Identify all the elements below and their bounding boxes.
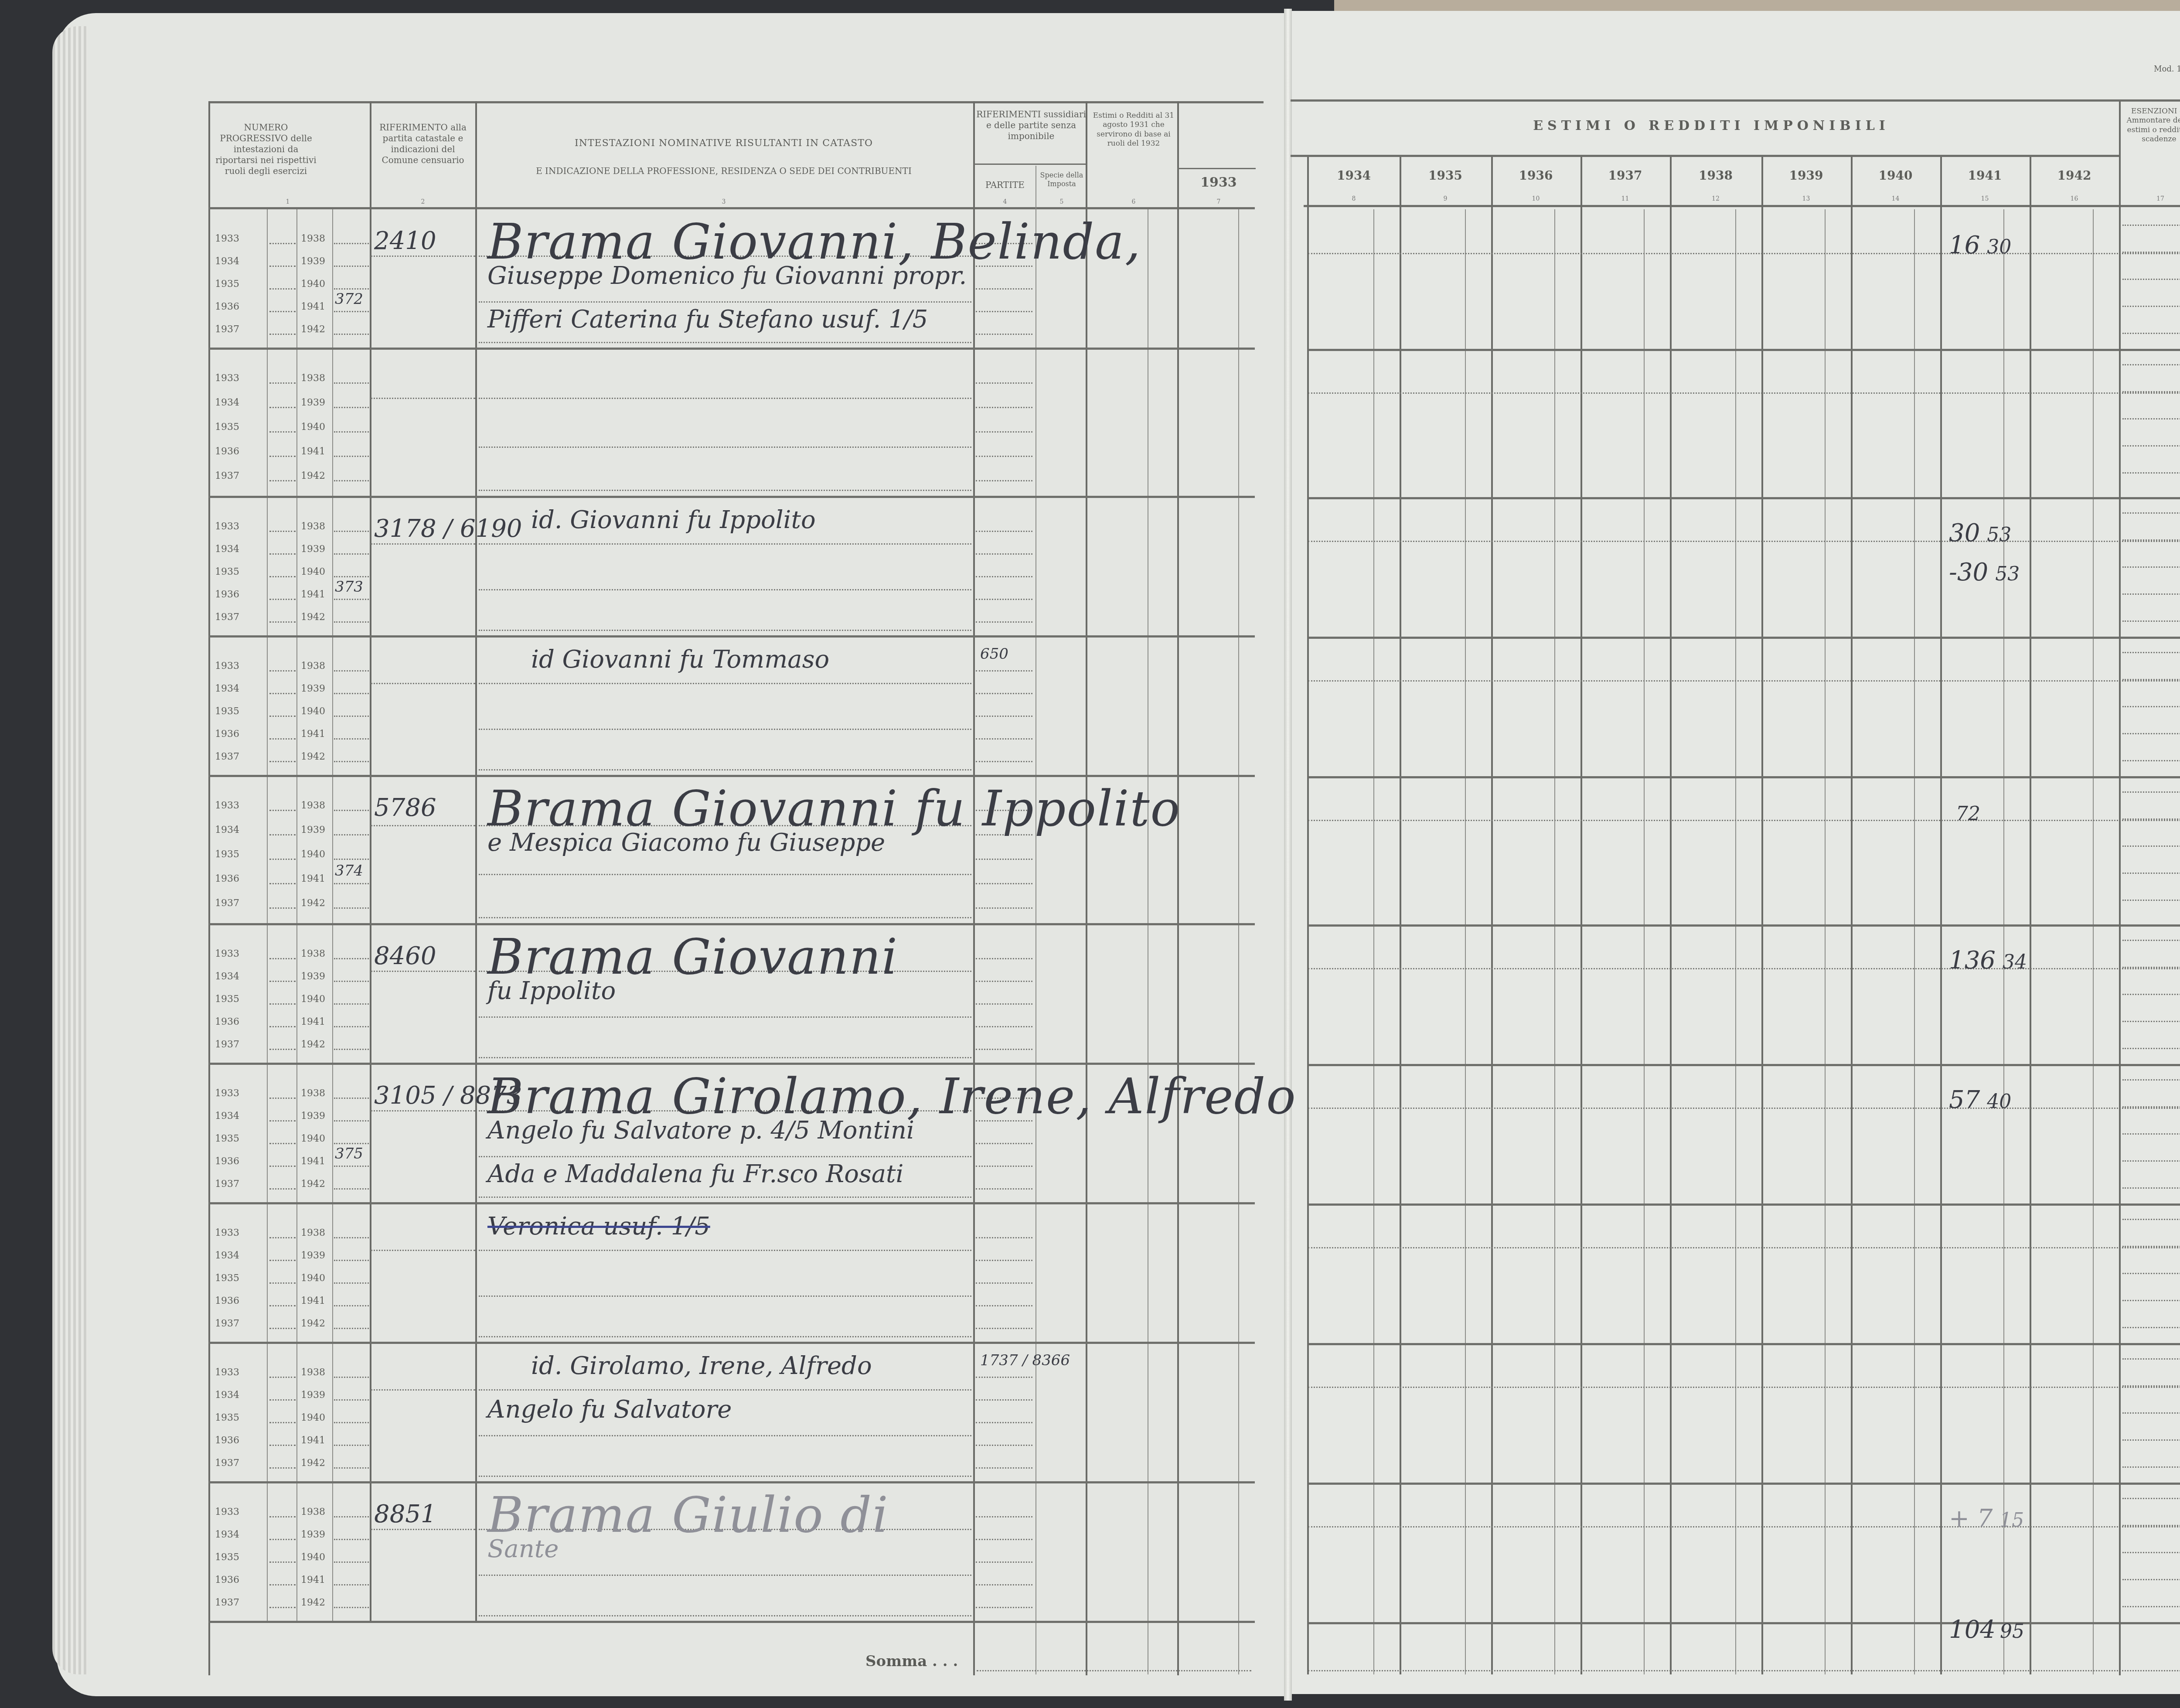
col-number-6: 6 (1129, 198, 1138, 205)
somma-label: Somma . . . (865, 1653, 958, 1670)
book-gutter (1284, 9, 1292, 1701)
year-column-header: 1941 (1940, 168, 2030, 183)
year-label: 1940 (301, 849, 325, 860)
sussidiari-number: 1737 / 8366 (980, 1352, 1070, 1369)
intestazione-line: fu Ippolito (487, 977, 616, 1005)
year-label: 1935 (215, 706, 239, 717)
year-column-header: 1936 (1491, 168, 1580, 183)
year-column-header: 1937 (1580, 168, 1670, 183)
year-label: 1939 (301, 544, 325, 555)
year-label: 1936 (215, 1575, 239, 1585)
year-label: 1938 (301, 1507, 325, 1517)
year-label: 1935 (215, 422, 239, 433)
year-label: 1936 (215, 1156, 239, 1167)
year-label: 1935 (215, 566, 239, 577)
year-label: 1933 (215, 1227, 239, 1238)
partita-number: 5786 (374, 794, 436, 822)
intestazione-line: id. Girolamo, Irene, Alfredo (531, 1352, 872, 1380)
year-label: 1941 (301, 446, 325, 457)
year-label: 1938 (301, 1227, 325, 1238)
left-page-edges (52, 26, 87, 1674)
year-label: 1933 (215, 1088, 239, 1099)
year-label: 1938 (301, 521, 325, 532)
year-label: 1940 (301, 279, 325, 290)
year-label: 1940 (301, 422, 325, 433)
year-label: 1937 (215, 1458, 239, 1469)
register-entry: 1933193819341939193519401936194119371942… (208, 1343, 1255, 1483)
col-number-5: 5 (1057, 198, 1066, 205)
value-1941: 13634 (1949, 946, 2027, 975)
year-label: 1937 (215, 1597, 239, 1608)
year-label: 1933 (215, 521, 239, 532)
value-lire: 30 (1949, 519, 1980, 547)
header-riferimento: RIFERIMENTO alla partita catastale e ind… (375, 122, 471, 166)
year-label: 1937 (215, 612, 239, 623)
year-column-number: 14 (1851, 195, 1940, 202)
value-lire: -30 (1949, 558, 1988, 586)
intestazione-line: Pifferi Caterina fu Stefano usuf. 1/5 (487, 305, 928, 334)
year-label: 1934 (215, 544, 239, 555)
year-label: 1933 (215, 1367, 239, 1378)
year-label: 1942 (301, 898, 325, 909)
year-label: 1934 (215, 397, 239, 408)
register-entry: 1933193819341939193519401936194119371942… (208, 924, 1255, 1064)
partita-number: 8851 (374, 1500, 436, 1528)
year-column-header: 1935 (1400, 168, 1491, 183)
somma-cents: 95 (2000, 1620, 2024, 1643)
col-number-7: 7 (1214, 198, 1223, 205)
value-1941: 3053 (1949, 519, 2011, 547)
year-label: 1937 (215, 1039, 239, 1050)
year-label: 1935 (215, 1273, 239, 1284)
year-column-number: 13 (1761, 195, 1851, 202)
year-label: 1934 (215, 1250, 239, 1261)
intestazione-line: Ada e Maddalena fu Fr.sco Rosati (487, 1160, 903, 1188)
partita-number: 8460 (374, 942, 436, 970)
year-label: 1935 (215, 1133, 239, 1144)
year-label: 1938 (301, 373, 325, 384)
year-column-header: 1940 (1851, 168, 1940, 183)
value-cents: 72 (1956, 803, 1980, 825)
spine-cloth (1334, 0, 2180, 12)
header-numero-progressivo: NUMERO PROGRESSIVO delle intestazioni da… (214, 122, 318, 177)
year-label: 1941 (301, 1016, 325, 1027)
year-label: 1934 (215, 1529, 239, 1540)
register-entry: 1933193819341939193519401936194119371942… (208, 497, 1255, 637)
year-label: 1940 (301, 1552, 325, 1563)
year-label: 1937 (215, 1179, 239, 1190)
year-label: 1940 (301, 1412, 325, 1423)
year-label: 1936 (215, 873, 239, 884)
year-label: 1942 (301, 612, 325, 623)
year-label: 1933 (215, 661, 239, 672)
year-label: 1937 (215, 751, 239, 762)
year-label: 1941 (301, 1575, 325, 1585)
year-label: 1940 (301, 1273, 325, 1284)
year-label: 1935 (215, 1552, 239, 1563)
register-entry: 1933193819341939193519401936194119371942… (208, 776, 1255, 924)
value-cents: 53 (1995, 563, 2020, 585)
year-label: 1938 (301, 1088, 325, 1099)
year-label: 1933 (215, 948, 239, 959)
year-label: 1939 (301, 1529, 325, 1540)
year-column-number: 8 (1308, 195, 1400, 202)
year-label: 1935 (215, 849, 239, 860)
year-label: 1935 (215, 994, 239, 1005)
year-label: 1940 (301, 1133, 325, 1144)
form-header: Mod. 111 - Imposte Dirette (Intercalare)… (2154, 65, 2180, 74)
year-label: 1941 (301, 1156, 325, 1167)
year-label: 1939 (301, 256, 325, 267)
year-label: 1936 (215, 301, 239, 312)
year-column-number: 12 (1670, 195, 1761, 202)
entry-note-number: 373 (335, 578, 363, 596)
register-entry: 1933193819341939193519401936194119371942… (208, 209, 1255, 349)
year-label: 1940 (301, 994, 325, 1005)
year-label: 1942 (301, 1179, 325, 1190)
year-label: 1938 (301, 661, 325, 672)
year-column-header: 1938 (1670, 168, 1761, 183)
year-label: 1939 (301, 971, 325, 982)
year-label: 1938 (301, 1367, 325, 1378)
year-label: 1937 (215, 324, 239, 335)
header-estimi-1931: Estimi o Redditi al 31 agosto 1931 che s… (1090, 111, 1177, 148)
year-label: 1938 (301, 948, 325, 959)
year-label: 1936 (215, 589, 239, 600)
value-1941: + 715 (1949, 1504, 2024, 1533)
year-label: 1941 (301, 729, 325, 740)
year-label: 1935 (215, 1412, 239, 1423)
year-label: 1942 (301, 751, 325, 762)
col-number-2: 2 (419, 198, 427, 205)
somma-lire: 104 (1949, 1616, 1996, 1644)
year-column-number: 10 (1491, 195, 1580, 202)
year-label: 1934 (215, 825, 239, 835)
year-label: 1940 (301, 706, 325, 717)
year-label: 1934 (215, 256, 239, 267)
year-label: 1934 (215, 1111, 239, 1122)
year-column-number: 15 (1940, 195, 2030, 202)
year-label: 1937 (215, 898, 239, 909)
year-label: 1939 (301, 1250, 325, 1261)
year-label: 1942 (301, 1039, 325, 1050)
header-esenzioni: ESENZIONI — Ammontare degli estimi o red… (2120, 107, 2180, 144)
intestazione-line: Sante (487, 1535, 559, 1563)
estimi-title: ESTIMI O REDDITI IMPONIBILI (1308, 118, 2115, 134)
partita-number: 2410 (374, 227, 436, 255)
year-label: 1940 (301, 566, 325, 577)
year-column-header: 1942 (2030, 168, 2119, 183)
year-column-header: 1934 (1308, 168, 1400, 183)
year-label: 1934 (215, 971, 239, 982)
value-1941: 72 (1949, 798, 1980, 826)
register-entry: 1933193819341939193519401936194119371942… (208, 1483, 1255, 1622)
year-label: 1941 (301, 301, 325, 312)
year-column-number: 9 (1400, 195, 1491, 202)
col-number-17: 17 (2154, 195, 2167, 202)
intestazione-line: id Giovanni fu Tommaso (531, 645, 829, 674)
value-lire: 57 (1949, 1086, 1980, 1114)
col-number-3: 3 (719, 198, 728, 205)
intestazione-line: e Mespica Giacomo fu Giuseppe (487, 828, 885, 857)
value-1941: -3053 (1949, 558, 2020, 586)
year-label: 1933 (215, 1507, 239, 1517)
year-column-header: 1939 (1761, 168, 1851, 183)
entry-note-number: 374 (335, 862, 363, 880)
register-entry: 1933193819341939193519401936194119371942… (208, 1064, 1255, 1203)
intestazione-line: id. Giovanni fu Ippolito (531, 506, 816, 534)
header-intestazioni-title: INTESTAZIONI NOMINATIVE RISULTANTI IN CA… (480, 137, 968, 150)
year-label: 1942 (301, 1458, 325, 1469)
year-label: 1933 (215, 233, 239, 244)
year-label: 1939 (301, 1390, 325, 1401)
value-cents: 34 (2003, 951, 2027, 973)
year-label: 1937 (215, 470, 239, 481)
register-entry: 1933193819341939193519401936194119371942 (208, 349, 1255, 497)
sussidiari-number: 650 (980, 645, 1008, 663)
intestazione-line: Angelo fu Salvatore (487, 1395, 732, 1424)
value-lire: 16 (1949, 231, 1980, 259)
value-cents: 40 (1987, 1091, 2011, 1113)
partita-number: 3178 / 6190 (374, 515, 522, 543)
year-label: 1936 (215, 1295, 239, 1306)
value-cents: 30 (1987, 236, 2011, 258)
year-label: 1933 (215, 373, 239, 384)
year-label: 1941 (301, 873, 325, 884)
year-label: 1941 (301, 589, 325, 600)
year-label: 1937 (215, 1318, 239, 1329)
year-label: 1934 (215, 1390, 239, 1401)
header-specie-imposta: Specie della Imposta (1038, 171, 1086, 188)
year-label: 1938 (301, 800, 325, 811)
col-number-1: 1 (283, 198, 292, 205)
year-label: 1939 (301, 683, 325, 694)
intestazione-line: Giuseppe Domenico fu Giovanni propr. (487, 262, 967, 290)
col-number-4: 4 (1001, 198, 1009, 205)
value-1941: 1630 (1949, 231, 2011, 259)
header-partite: PARTITE (974, 180, 1035, 191)
year-label: 1938 (301, 233, 325, 244)
value-1941: 5740 (1949, 1086, 2011, 1114)
year-label: 1942 (301, 1597, 325, 1608)
year-label: 1942 (301, 470, 325, 481)
value-cents: 15 (1999, 1509, 2024, 1531)
year-label: 1941 (301, 1435, 325, 1446)
value-lire: 136 (1949, 946, 1996, 975)
year-column-number: 11 (1580, 195, 1670, 202)
year-label: 1933 (215, 800, 239, 811)
register-entry: 1933193819341939193519401936194119371942… (208, 1203, 1255, 1343)
year-label: 1939 (301, 825, 325, 835)
value-cents: 53 (1987, 524, 2011, 546)
year-label: 1936 (215, 729, 239, 740)
year-label: 1936 (215, 1016, 239, 1027)
year-label: 1942 (301, 1318, 325, 1329)
value-lire: + 7 (1949, 1504, 1993, 1533)
year-label: 1941 (301, 1295, 325, 1306)
entry-note-number: 372 (335, 290, 363, 308)
intestazione-line: Angelo fu Salvatore p. 4/5 Montini (487, 1116, 914, 1145)
year-label: 1939 (301, 397, 325, 408)
year-label: 1935 (215, 279, 239, 290)
header-intestazioni-subtitle: E INDICAZIONE DELLA PROFESSIONE, RESIDEN… (480, 166, 968, 177)
year-label: 1939 (301, 1111, 325, 1122)
header-riferimenti-sussidiari: RIFERIMENTI sussidiari e delle partite s… (974, 109, 1088, 142)
entry-note-number: 375 (335, 1145, 363, 1163)
register-entry: 1933193819341939193519401936194119371942… (208, 637, 1255, 776)
year-column-number: 16 (2030, 195, 2119, 202)
header-year-1933: 1933 (1182, 174, 1256, 191)
year-label: 1942 (301, 324, 325, 335)
year-label: 1936 (215, 446, 239, 457)
year-label: 1936 (215, 1435, 239, 1446)
intestazione-line: Veronica usuf. 1/5 (487, 1212, 710, 1241)
somma-1941: 10495 (1949, 1616, 2024, 1644)
year-label: 1934 (215, 683, 239, 694)
